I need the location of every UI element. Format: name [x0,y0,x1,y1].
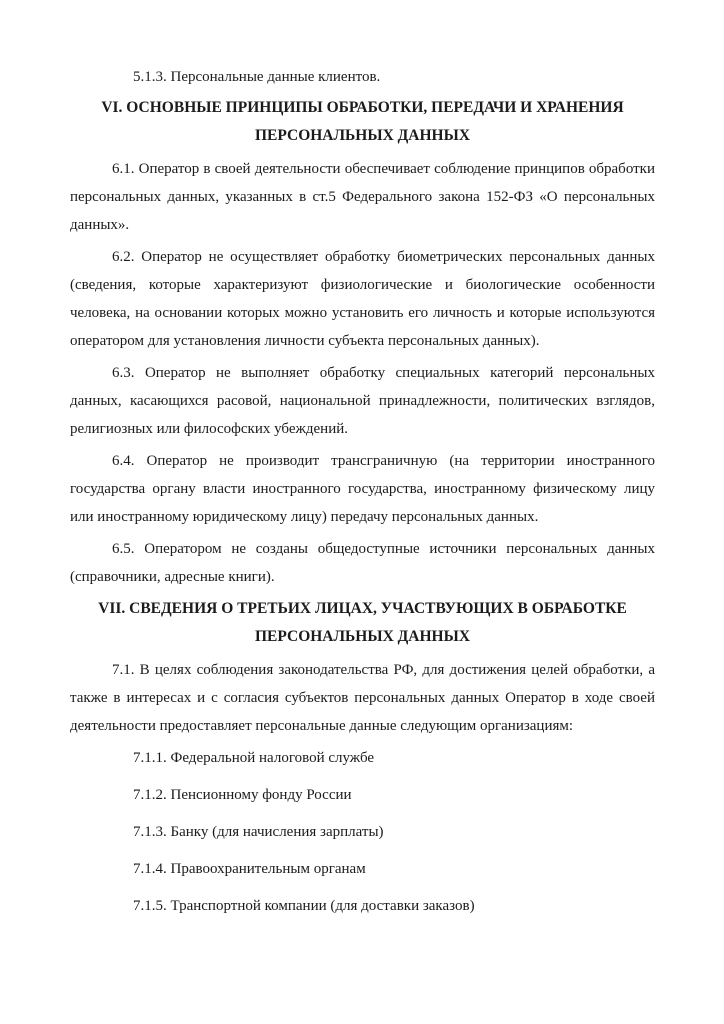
paragraph-7-1: 7.1. В целях соблюдения законодательства… [70,656,655,740]
section-vii-heading-line-1: VII. СВЕДЕНИЯ О ТРЕТЬИХ ЛИЦАХ, УЧАСТВУЮЩ… [70,595,655,623]
section-vi-heading: VI. ОСНОВНЫЕ ПРИНЦИПЫ ОБРАБОТКИ, ПЕРЕДАЧ… [70,94,655,150]
section-vii-heading-line-2: ПЕРСОНАЛЬНЫХ ДАННЫХ [70,623,655,651]
paragraph-6-5: 6.5. Оператором не созданы общедоступные… [70,535,655,591]
list-item-7-1-4: 7.1.4. Правоохранительным органам [70,855,655,883]
section-vi-heading-line-1: VI. ОСНОВНЫЕ ПРИНЦИПЫ ОБРАБОТКИ, ПЕРЕДАЧ… [70,94,655,122]
list-item-7-1-5: 7.1.5. Транспортной компании (для достав… [70,892,655,920]
paragraph-6-4: 6.4. Оператор не производит трансграничн… [70,447,655,531]
document-page: 5.1.3. Персональные данные клиентов. VI.… [0,0,724,1024]
paragraph-6-2: 6.2. Оператор не осуществляет обработку … [70,243,655,355]
clause-5-1-3: 5.1.3. Персональные данные клиентов. [70,63,655,91]
list-item-7-1-2: 7.1.2. Пенсионному фонду России [70,781,655,809]
organizations-list: 7.1.1. Федеральной налоговой службе 7.1.… [70,744,655,920]
paragraph-6-3: 6.3. Оператор не выполняет обработку спе… [70,359,655,443]
paragraph-6-1: 6.1. Оператор в своей деятельности обесп… [70,155,655,239]
section-vii-heading: VII. СВЕДЕНИЯ О ТРЕТЬИХ ЛИЦАХ, УЧАСТВУЮЩ… [70,595,655,651]
list-item-7-1-1: 7.1.1. Федеральной налоговой службе [70,744,655,772]
section-vi-heading-line-2: ПЕРСОНАЛЬНЫХ ДАННЫХ [70,122,655,150]
list-item-7-1-3: 7.1.3. Банку (для начисления зарплаты) [70,818,655,846]
